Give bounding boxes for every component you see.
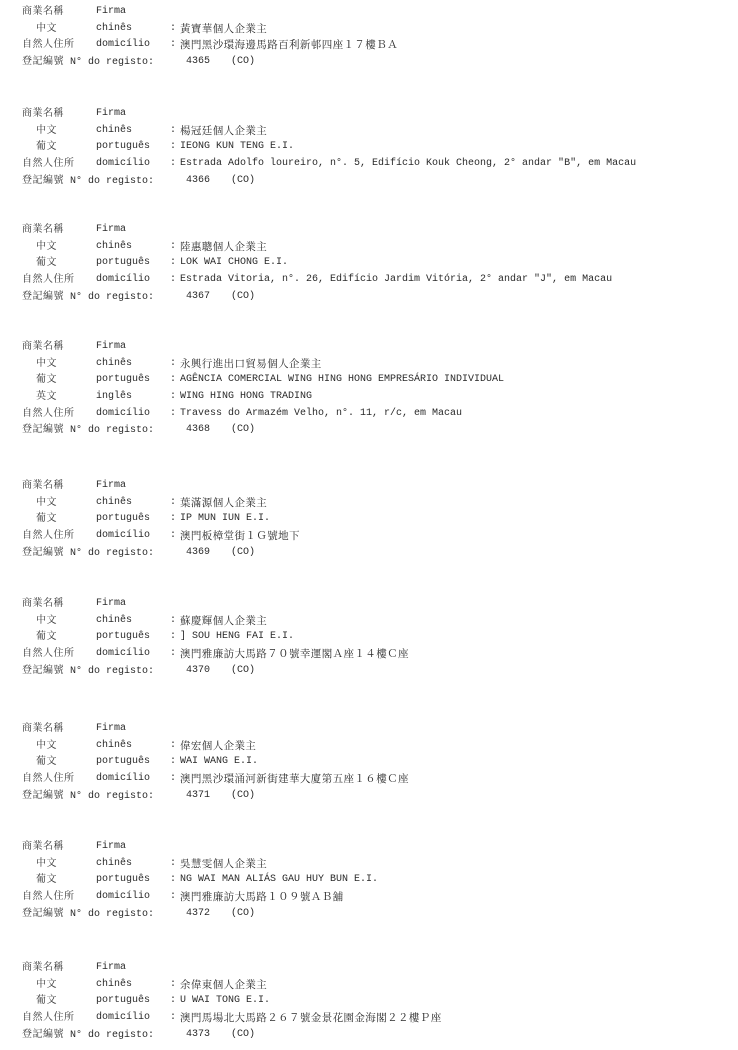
chinese-name-row: 中文 chinês : 偉宏個人企業主 — [22, 738, 722, 755]
firm-label-pt: Firma — [96, 721, 126, 738]
firm-label-pt: Firma — [96, 339, 126, 356]
registry-label-zh: 登記編號 — [22, 547, 64, 558]
registry-label: 登記編號 N° do registo: — [22, 545, 154, 563]
registry-label-zh: 登記編號 — [22, 665, 64, 676]
chinese-name-row: 中文 chinês : 余偉東個人企業主 — [22, 977, 722, 994]
chinese-name-row: 中文 chinês : 永興行進出口貿易個人企業主 — [22, 356, 722, 373]
domicile-label-pt: domicílio — [96, 528, 150, 545]
chinese-name-row: 中文 chinês : 蘇慶輝個人企業主 — [22, 613, 722, 630]
registry-label-zh: 登記編號 — [22, 1029, 64, 1040]
chinese-label-pt: chinês — [96, 738, 132, 755]
chinese-label-zh: 中文 — [36, 738, 57, 755]
registry-row: 登記編號 N° do registo: 4369 (CO) — [22, 545, 722, 562]
portuguese-label-zh: 葡文 — [36, 372, 57, 389]
colon: : — [170, 993, 176, 1010]
portuguese-name-row: 葡文 português : LOK WAI CHONG E.I. — [22, 255, 722, 272]
chinese-label-zh: 中文 — [36, 495, 57, 512]
registry-label: 登記編號 N° do registo: — [22, 788, 154, 806]
domicile-row: 自然人住所 domicílio : 澳門雅廉訪大馬路７０號幸運閣Ａ座１４樓Ｃ座 — [22, 646, 722, 663]
registry-suffix: (CO) — [231, 906, 255, 923]
registry-record: 商業名稱 Firma 中文 chinês : 陸惠聰個人企業主 葡文 portu… — [22, 222, 722, 305]
domicile-label-pt: domicílio — [96, 1010, 150, 1027]
colon: : — [170, 1010, 176, 1027]
colon: : — [170, 37, 176, 54]
portuguese-name-value: WAI WANG E.I. — [180, 754, 258, 771]
registry-label: 登記編號 N° do registo: — [22, 1027, 154, 1045]
chinese-label-pt: chinês — [96, 356, 132, 373]
registry-label: 登記編號 N° do registo: — [22, 54, 154, 72]
colon: : — [170, 977, 176, 994]
registry-label-zh: 登記編號 — [22, 790, 64, 801]
domicile-label-pt: domicílio — [96, 406, 150, 423]
domicile-label-zh: 自然人住所 — [22, 646, 75, 663]
portuguese-label-pt: português — [96, 754, 150, 771]
registry-suffix: (CO) — [231, 289, 255, 306]
firm-header-row: 商業名稱 Firma — [22, 596, 722, 613]
portuguese-name-value: U WAI TONG E.I. — [180, 993, 270, 1010]
firm-label-pt: Firma — [96, 222, 126, 239]
firm-label-pt: Firma — [96, 4, 126, 21]
firm-header-row: 商業名稱 Firma — [22, 4, 722, 21]
colon: : — [170, 528, 176, 545]
chinese-name-value: 黃寶華個人企業主 — [180, 21, 267, 38]
chinese-label-pt: chinês — [96, 239, 132, 256]
portuguese-label-zh: 葡文 — [36, 754, 57, 771]
registry-record: 商業名稱 Firma 中文 chinês : 黃寶華個人企業主 自然人住所 do… — [22, 4, 722, 71]
domicile-label-pt: domicílio — [96, 646, 150, 663]
portuguese-name-row: 葡文 português : NG WAI MAN ALIÁS GAU HUY … — [22, 872, 722, 889]
registry-number: 4372 — [186, 906, 210, 923]
portuguese-label-pt: português — [96, 139, 150, 156]
domicile-value: 澳門雅廉訪大馬路１０９號ＡＢ舖 — [180, 889, 344, 906]
colon: : — [170, 372, 176, 389]
firm-header-row: 商業名稱 Firma — [22, 839, 722, 856]
domicile-row: 自然人住所 domicílio : Estrada Vitoria, n°. 2… — [22, 272, 722, 289]
colon: : — [170, 356, 176, 373]
portuguese-label-pt: português — [96, 872, 150, 889]
registry-number: 4371 — [186, 788, 210, 805]
chinese-label-pt: chinês — [96, 613, 132, 630]
firm-header-row: 商業名稱 Firma — [22, 339, 722, 356]
chinese-label-zh: 中文 — [36, 123, 57, 140]
portuguese-name-row: 葡文 português : WAI WANG E.I. — [22, 754, 722, 771]
domicile-label-pt: domicílio — [96, 156, 150, 173]
domicile-label-pt: domicílio — [96, 272, 150, 289]
colon: : — [170, 139, 176, 156]
colon: : — [170, 889, 176, 906]
registry-record: 商業名稱 Firma 中文 chinês : 蘇慶輝個人企業主 葡文 portu… — [22, 596, 722, 679]
chinese-name-row: 中文 chinês : 楊冠廷個人企業主 — [22, 123, 722, 140]
chinese-name-value: 陸惠聰個人企業主 — [180, 239, 267, 256]
registry-label: 登記編號 N° do registo: — [22, 173, 154, 191]
registry-suffix: (CO) — [231, 54, 255, 71]
colon: : — [170, 239, 176, 256]
portuguese-name-value: AGÊNCIA COMERCIAL WING HING HONG EMPRESÁ… — [180, 372, 504, 389]
portuguese-name-row: 葡文 português : ] SOU HENG FAI E.I. — [22, 629, 722, 646]
domicile-label-zh: 自然人住所 — [22, 406, 75, 423]
firm-header-row: 商業名稱 Firma — [22, 721, 722, 738]
chinese-name-value: 余偉東個人企業主 — [180, 977, 267, 994]
firm-label-pt: Firma — [96, 478, 126, 495]
firm-header-row: 商業名稱 Firma — [22, 222, 722, 239]
colon: : — [170, 21, 176, 38]
english-name-value: WING HING HONG TRADING — [180, 389, 312, 406]
chinese-name-row: 中文 chinês : 吳慧雯個人企業主 — [22, 856, 722, 873]
registry-number: 4368 — [186, 422, 210, 439]
firm-label-zh: 商業名稱 — [22, 960, 64, 977]
domicile-label-zh: 自然人住所 — [22, 771, 75, 788]
registry-row: 登記編號 N° do registo: 4366 (CO) — [22, 173, 722, 190]
domicile-label-zh: 自然人住所 — [22, 272, 75, 289]
chinese-name-row: 中文 chinês : 黃寶華個人企業主 — [22, 21, 722, 38]
registry-record: 商業名稱 Firma 中文 chinês : 吳慧雯個人企業主 葡文 portu… — [22, 839, 722, 922]
colon: : — [170, 613, 176, 630]
chinese-name-value: 永興行進出口貿易個人企業主 — [180, 356, 322, 373]
registry-label-zh: 登記編號 — [22, 175, 64, 186]
registry-number: 4369 — [186, 545, 210, 562]
registry-row: 登記編號 N° do registo: 4373 (CO) — [22, 1027, 722, 1044]
portuguese-label-zh: 葡文 — [36, 511, 57, 528]
portuguese-name-value: ] SOU HENG FAI E.I. — [180, 629, 294, 646]
registry-row: 登記編號 N° do registo: 4370 (CO) — [22, 663, 722, 680]
registry-number: 4373 — [186, 1027, 210, 1044]
colon: : — [170, 389, 176, 406]
domicile-value: Travess do Armazém Velho, n°. 11, r/c, e… — [180, 406, 462, 423]
registry-suffix: (CO) — [231, 1027, 255, 1044]
domicile-label-zh: 自然人住所 — [22, 1010, 75, 1027]
chinese-label-zh: 中文 — [36, 21, 57, 38]
domicile-value: 澳門馬場北大馬路２６７號金景花園金海閣２２樓Ｐ座 — [180, 1010, 442, 1027]
registry-label-pt: N° do registo: — [70, 1030, 154, 1041]
registry-suffix: (CO) — [231, 173, 255, 190]
english-name-row: 英文 inglês : WING HING HONG TRADING — [22, 389, 722, 406]
registry-label-pt: N° do registo: — [70, 548, 154, 559]
registry-number: 4367 — [186, 289, 210, 306]
chinese-name-value: 吳慧雯個人企業主 — [180, 856, 267, 873]
domicile-label-pt: domicílio — [96, 771, 150, 788]
colon: : — [170, 511, 176, 528]
firm-label-zh: 商業名稱 — [22, 839, 64, 856]
domicile-value: Estrada Adolfo loureiro, n°. 5, Edifício… — [180, 156, 636, 173]
colon: : — [170, 646, 176, 663]
registry-label-zh: 登記編號 — [22, 424, 64, 435]
registry-number: 4366 — [186, 173, 210, 190]
domicile-row: 自然人住所 domicílio : 澳門黑沙環涌河新街建華大廈第五座１６樓Ｃ座 — [22, 771, 722, 788]
domicile-row: 自然人住所 domicílio : 澳門板樟堂街１Ｇ號地下 — [22, 528, 722, 545]
firm-label-pt: Firma — [96, 596, 126, 613]
portuguese-label-zh: 葡文 — [36, 629, 57, 646]
colon: : — [170, 856, 176, 873]
chinese-label-zh: 中文 — [36, 356, 57, 373]
firm-label-zh: 商業名稱 — [22, 596, 64, 613]
portuguese-label-pt: português — [96, 511, 150, 528]
english-label-zh: 英文 — [36, 389, 57, 406]
registry-row: 登記編號 N° do registo: 4371 (CO) — [22, 788, 722, 805]
domicile-row: 自然人住所 domicílio : Estrada Adolfo loureir… — [22, 156, 722, 173]
registry-label: 登記編號 N° do registo: — [22, 906, 154, 924]
portuguese-name-row: 葡文 português : IP MUN IUN E.I. — [22, 511, 722, 528]
domicile-label-zh: 自然人住所 — [22, 156, 75, 173]
registry-label-pt: N° do registo: — [70, 57, 154, 68]
firm-header-row: 商業名稱 Firma — [22, 106, 722, 123]
chinese-label-pt: chinês — [96, 21, 132, 38]
colon: : — [170, 872, 176, 889]
firm-label-zh: 商業名稱 — [22, 4, 64, 21]
portuguese-label-pt: português — [96, 372, 150, 389]
colon: : — [170, 156, 176, 173]
chinese-name-value: 葉滿源個人企業主 — [180, 495, 267, 512]
registry-record: 商業名稱 Firma 中文 chinês : 偉宏個人企業主 葡文 portug… — [22, 721, 722, 804]
firm-label-pt: Firma — [96, 839, 126, 856]
registry-label-zh: 登記編號 — [22, 291, 64, 302]
chinese-name-value: 蘇慶輝個人企業主 — [180, 613, 267, 630]
domicile-value: Estrada Vitoria, n°. 26, Edifício Jardim… — [180, 272, 612, 289]
domicile-row: 自然人住所 domicílio : Travess do Armazém Vel… — [22, 406, 722, 423]
registry-suffix: (CO) — [231, 422, 255, 439]
firm-label-pt: Firma — [96, 960, 126, 977]
registry-label: 登記編號 N° do registo: — [22, 289, 154, 307]
firm-label-zh: 商業名稱 — [22, 721, 64, 738]
chinese-label-pt: chinês — [96, 977, 132, 994]
portuguese-label-pt: português — [96, 255, 150, 272]
colon: : — [170, 272, 176, 289]
chinese-name-row: 中文 chinês : 葉滿源個人企業主 — [22, 495, 722, 512]
portuguese-name-row: 葡文 português : AGÊNCIA COMERCIAL WING HI… — [22, 372, 722, 389]
firm-label-zh: 商業名稱 — [22, 478, 64, 495]
registry-label-pt: N° do registo: — [70, 425, 154, 436]
registry-suffix: (CO) — [231, 788, 255, 805]
domicile-label-zh: 自然人住所 — [22, 889, 75, 906]
registry-label: 登記編號 N° do registo: — [22, 422, 154, 440]
registry-label-pt: N° do registo: — [70, 791, 154, 802]
colon: : — [170, 738, 176, 755]
registry-label-pt: N° do registo: — [70, 666, 154, 677]
english-label-pt: inglês — [96, 389, 132, 406]
portuguese-name-value: IP MUN IUN E.I. — [180, 511, 270, 528]
chinese-label-pt: chinês — [96, 856, 132, 873]
colon: : — [170, 629, 176, 646]
registry-row: 登記編號 N° do registo: 4365 (CO) — [22, 54, 722, 71]
domicile-value: 澳門黑沙環涌河新街建華大廈第五座１６樓Ｃ座 — [180, 771, 409, 788]
chinese-label-zh: 中文 — [36, 977, 57, 994]
portuguese-label-pt: português — [96, 993, 150, 1010]
domicile-row: 自然人住所 domicílio : 澳門馬場北大馬路２６７號金景花園金海閣２２樓… — [22, 1010, 722, 1027]
domicile-label-zh: 自然人住所 — [22, 528, 75, 545]
registry-record: 商業名稱 Firma 中文 chinês : 余偉東個人企業主 葡文 portu… — [22, 960, 722, 1043]
colon: : — [170, 495, 176, 512]
portuguese-label-zh: 葡文 — [36, 139, 57, 156]
portuguese-name-value: IEONG KUN TENG E.I. — [180, 139, 294, 156]
firm-label-zh: 商業名稱 — [22, 339, 64, 356]
registry-label-pt: N° do registo: — [70, 292, 154, 303]
colon: : — [170, 406, 176, 423]
registry-label-pt: N° do registo: — [70, 176, 154, 187]
registry-row: 登記編號 N° do registo: 4372 (CO) — [22, 906, 722, 923]
chinese-name-value: 楊冠廷個人企業主 — [180, 123, 267, 140]
chinese-name-row: 中文 chinês : 陸惠聰個人企業主 — [22, 239, 722, 256]
registry-suffix: (CO) — [231, 545, 255, 562]
domicile-label-pt: domicílio — [96, 889, 150, 906]
domicile-value: 澳門黑沙環海邊馬路百利新邨四座１７樓ＢＡ — [180, 37, 398, 54]
registry-label-zh: 登記編號 — [22, 56, 64, 67]
chinese-label-pt: chinês — [96, 495, 132, 512]
portuguese-label-zh: 葡文 — [36, 255, 57, 272]
registry-record: 商業名稱 Firma 中文 chinês : 永興行進出口貿易個人企業主 葡文 … — [22, 339, 722, 439]
firm-label-pt: Firma — [96, 106, 126, 123]
chinese-label-pt: chinês — [96, 123, 132, 140]
portuguese-label-zh: 葡文 — [36, 872, 57, 889]
registry-label: 登記編號 N° do registo: — [22, 663, 154, 681]
registry-record: 商業名稱 Firma 中文 chinês : 楊冠廷個人企業主 葡文 portu… — [22, 106, 722, 189]
registry-record: 商業名稱 Firma 中文 chinês : 葉滿源個人企業主 葡文 portu… — [22, 478, 722, 561]
registry-number: 4370 — [186, 663, 210, 680]
firm-header-row: 商業名稱 Firma — [22, 960, 722, 977]
colon: : — [170, 771, 176, 788]
portuguese-label-pt: português — [96, 629, 150, 646]
firm-header-row: 商業名稱 Firma — [22, 478, 722, 495]
domicile-value: 澳門板樟堂街１Ｇ號地下 — [180, 528, 300, 545]
chinese-label-zh: 中文 — [36, 613, 57, 630]
registry-row: 登記編號 N° do registo: 4368 (CO) — [22, 422, 722, 439]
colon: : — [170, 255, 176, 272]
registry-label-pt: N° do registo: — [70, 909, 154, 920]
portuguese-name-row: 葡文 português : IEONG KUN TENG E.I. — [22, 139, 722, 156]
colon: : — [170, 123, 176, 140]
domicile-label-pt: domicílio — [96, 37, 150, 54]
registry-suffix: (CO) — [231, 663, 255, 680]
chinese-label-zh: 中文 — [36, 239, 57, 256]
portuguese-name-value: LOK WAI CHONG E.I. — [180, 255, 288, 272]
portuguese-name-value: NG WAI MAN ALIÁS GAU HUY BUN E.I. — [180, 872, 378, 889]
portuguese-name-row: 葡文 português : U WAI TONG E.I. — [22, 993, 722, 1010]
registry-row: 登記編號 N° do registo: 4367 (CO) — [22, 289, 722, 306]
domicile-value: 澳門雅廉訪大馬路７０號幸運閣Ａ座１４樓Ｃ座 — [180, 646, 409, 663]
domicile-row: 自然人住所 domicílio : 澳門黑沙環海邊馬路百利新邨四座１７樓ＢＡ — [22, 37, 722, 54]
domicile-label-zh: 自然人住所 — [22, 37, 75, 54]
domicile-row: 自然人住所 domicílio : 澳門雅廉訪大馬路１０９號ＡＢ舖 — [22, 889, 722, 906]
firm-label-zh: 商業名稱 — [22, 106, 64, 123]
registry-number: 4365 — [186, 54, 210, 71]
colon: : — [170, 754, 176, 771]
registry-label-zh: 登記編號 — [22, 908, 64, 919]
chinese-label-zh: 中文 — [36, 856, 57, 873]
chinese-name-value: 偉宏個人企業主 — [180, 738, 256, 755]
firm-label-zh: 商業名稱 — [22, 222, 64, 239]
portuguese-label-zh: 葡文 — [36, 993, 57, 1010]
